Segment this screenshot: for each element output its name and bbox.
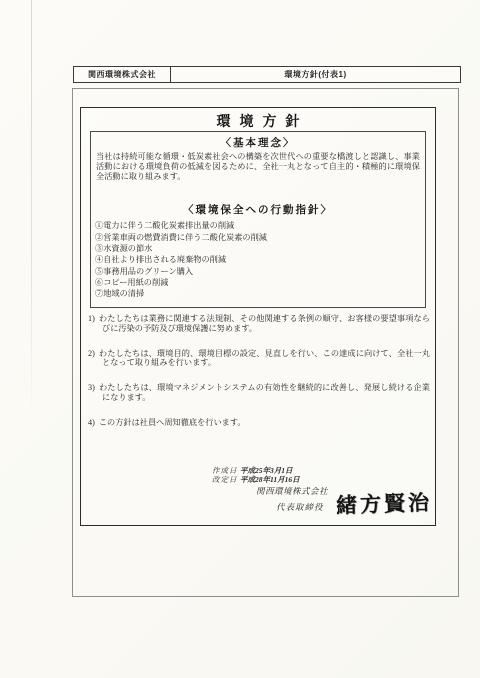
created-date-label: 作成日 — [212, 466, 240, 475]
philosophy-heading: 〈基本理念〉 — [91, 135, 425, 150]
guideline-item: ⑤事務用品のグリーン購入 — [95, 266, 425, 277]
guideline-item: ①電力に伴う二酸化炭素排出量の削減 — [95, 220, 425, 231]
header-doc-label: 環境方針(付表1) — [171, 67, 460, 82]
scan-edge-artifact — [31, 0, 32, 420]
commitment-paragraph: 2)わたしたちは、環境目的、環境目標の設定、見直しを行い、この達成に向けて、全社… — [88, 349, 430, 369]
guideline-item: ⑦地域の清掃 — [95, 288, 425, 299]
revised-date-label: 改定日 — [212, 475, 240, 484]
created-date-row: 作成日 平成25年3月1日 — [212, 466, 300, 475]
revised-date-row: 改定日 平成28年11月16日 — [212, 475, 300, 484]
commitment-paragraph: 1)わたしたちは業務に関連する法規制、その他関連する条例の順守、お客様の要望事項… — [88, 314, 430, 334]
created-date-value: 平成25年3月1日 — [240, 466, 293, 475]
signoff-company: 関西環境株式会社 — [256, 485, 328, 497]
president-signature: 緒方賢治 — [336, 486, 437, 519]
commitment-paragraph: 3)わたしたちは、環境マネジメントシステムの有効性を継続的に改善し、発展し続ける… — [88, 383, 430, 403]
guidelines-heading: 〈環境保全への行動指針〉 — [91, 202, 425, 217]
commitment-number: 2) — [88, 349, 99, 358]
signoff-role: 代表取締役 — [276, 501, 324, 513]
guidelines-list: ①電力に伴う二酸化炭素排出量の削減 ②営業車両の燃費消費に伴う二酸化炭素の削減 … — [95, 220, 425, 299]
header-strip: 関西環境株式会社 環境方針(付表1) — [73, 66, 461, 83]
commitment-number: 4) — [88, 418, 99, 427]
revised-date-value: 平成28年11月16日 — [240, 475, 300, 484]
commitments-list: 1)わたしたちは業務に関連する法規制、その他関連する条例の順守、お客様の要望事項… — [88, 314, 430, 443]
revision-dates: 作成日 平成25年3月1日 改定日 平成28年11月16日 — [212, 466, 300, 484]
commitment-text: わたしたちは業務に関連する法規制、その他関連する条例の順守、お客様の要望事項なら… — [99, 314, 430, 333]
commitment-text: わたしたちは、環境目的、環境目標の設定、見直しを行い、この達成に向けて、全社一丸… — [99, 349, 430, 368]
guideline-item: ②営業車両の燃費消費に伴う二酸化炭素の削減 — [95, 232, 425, 243]
page-title: 環境方針 — [80, 111, 436, 131]
commitment-text: この方針は社員へ周知徹底を行います。 — [99, 418, 246, 427]
guideline-item: ⑥コピー用紙の削減 — [95, 277, 425, 288]
guideline-item: ③水資源の節水 — [95, 243, 425, 254]
commitment-number: 3) — [88, 383, 99, 392]
commitment-text: わたしたちは、環境マネジメントシステムの有効性を継続的に改善し、発展し続ける企業… — [99, 383, 430, 402]
commitment-paragraph: 4)この方針は社員へ周知徹底を行います。 — [88, 418, 430, 428]
scanned-document-page: 関西環境株式会社 環境方針(付表1) 環境方針 〈基本理念〉 当社は持続可能な循… — [0, 0, 480, 678]
philosophy-guidelines-box: 〈基本理念〉 当社は持続可能な循環・低炭素社会への構築を次世代への重要な橋渡しと… — [90, 131, 426, 308]
philosophy-body: 当社は持続可能な循環・低炭素社会への構築を次世代への重要な橋渡しと認識し、事業活… — [96, 152, 420, 181]
guideline-item: ④自社より排出される廃棄物の削減 — [95, 254, 425, 265]
header-company: 関西環境株式会社 — [74, 67, 171, 82]
commitment-number: 1) — [88, 314, 99, 323]
